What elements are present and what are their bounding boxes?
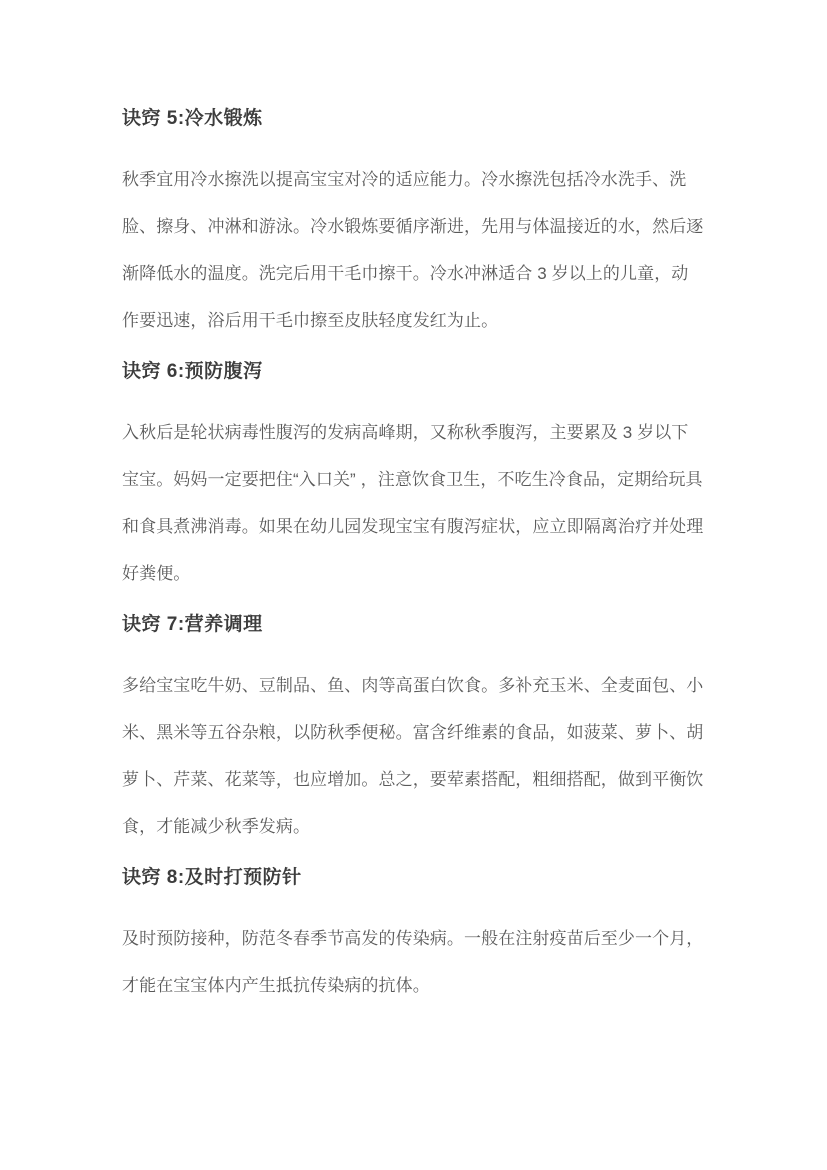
tip-section-8: 诀窍 8:及时打预防针 及时预防接种，防范冬春季节高发的传染病。一般在注射疫苗后…: [122, 865, 705, 1009]
section-heading: 诀窍 5:冷水锻炼: [122, 106, 705, 132]
tip-section-6: 诀窍 6:预防腹泻 入秋后是轮状病毒性腹泻的发病高峰期，又称秋季腹泻，主要累及 …: [122, 359, 705, 597]
section-body: 入秋后是轮状病毒性腹泻的发病高峰期，又称秋季腹泻，主要累及 3 岁以下宝宝。妈妈…: [122, 409, 705, 597]
section-body: 及时预防接种，防范冬春季节高发的传染病。一般在注射疫苗后至少一个月，才能在宝宝体…: [122, 915, 705, 1009]
section-body: 多给宝宝吃牛奶、豆制品、鱼、肉等高蛋白饮食。多补充玉米、全麦面包、小米、黑米等五…: [122, 662, 705, 850]
tip-section-7: 诀窍 7:营养调理 多给宝宝吃牛奶、豆制品、鱼、肉等高蛋白饮食。多补充玉米、全麦…: [122, 612, 705, 850]
document-page: 诀窍 5:冷水锻炼 秋季宜用冷水擦洗以提高宝宝对冷的适应能力。冷水擦洗包括冷水洗…: [0, 0, 827, 1170]
section-body: 秋季宜用冷水擦洗以提高宝宝对冷的适应能力。冷水擦洗包括冷水洗手、洗脸、擦身、冲淋…: [122, 156, 705, 344]
section-heading: 诀窍 7:营养调理: [122, 612, 705, 638]
tip-section-5: 诀窍 5:冷水锻炼 秋季宜用冷水擦洗以提高宝宝对冷的适应能力。冷水擦洗包括冷水洗…: [122, 106, 705, 344]
section-heading: 诀窍 6:预防腹泻: [122, 359, 705, 385]
section-heading: 诀窍 8:及时打预防针: [122, 865, 705, 891]
